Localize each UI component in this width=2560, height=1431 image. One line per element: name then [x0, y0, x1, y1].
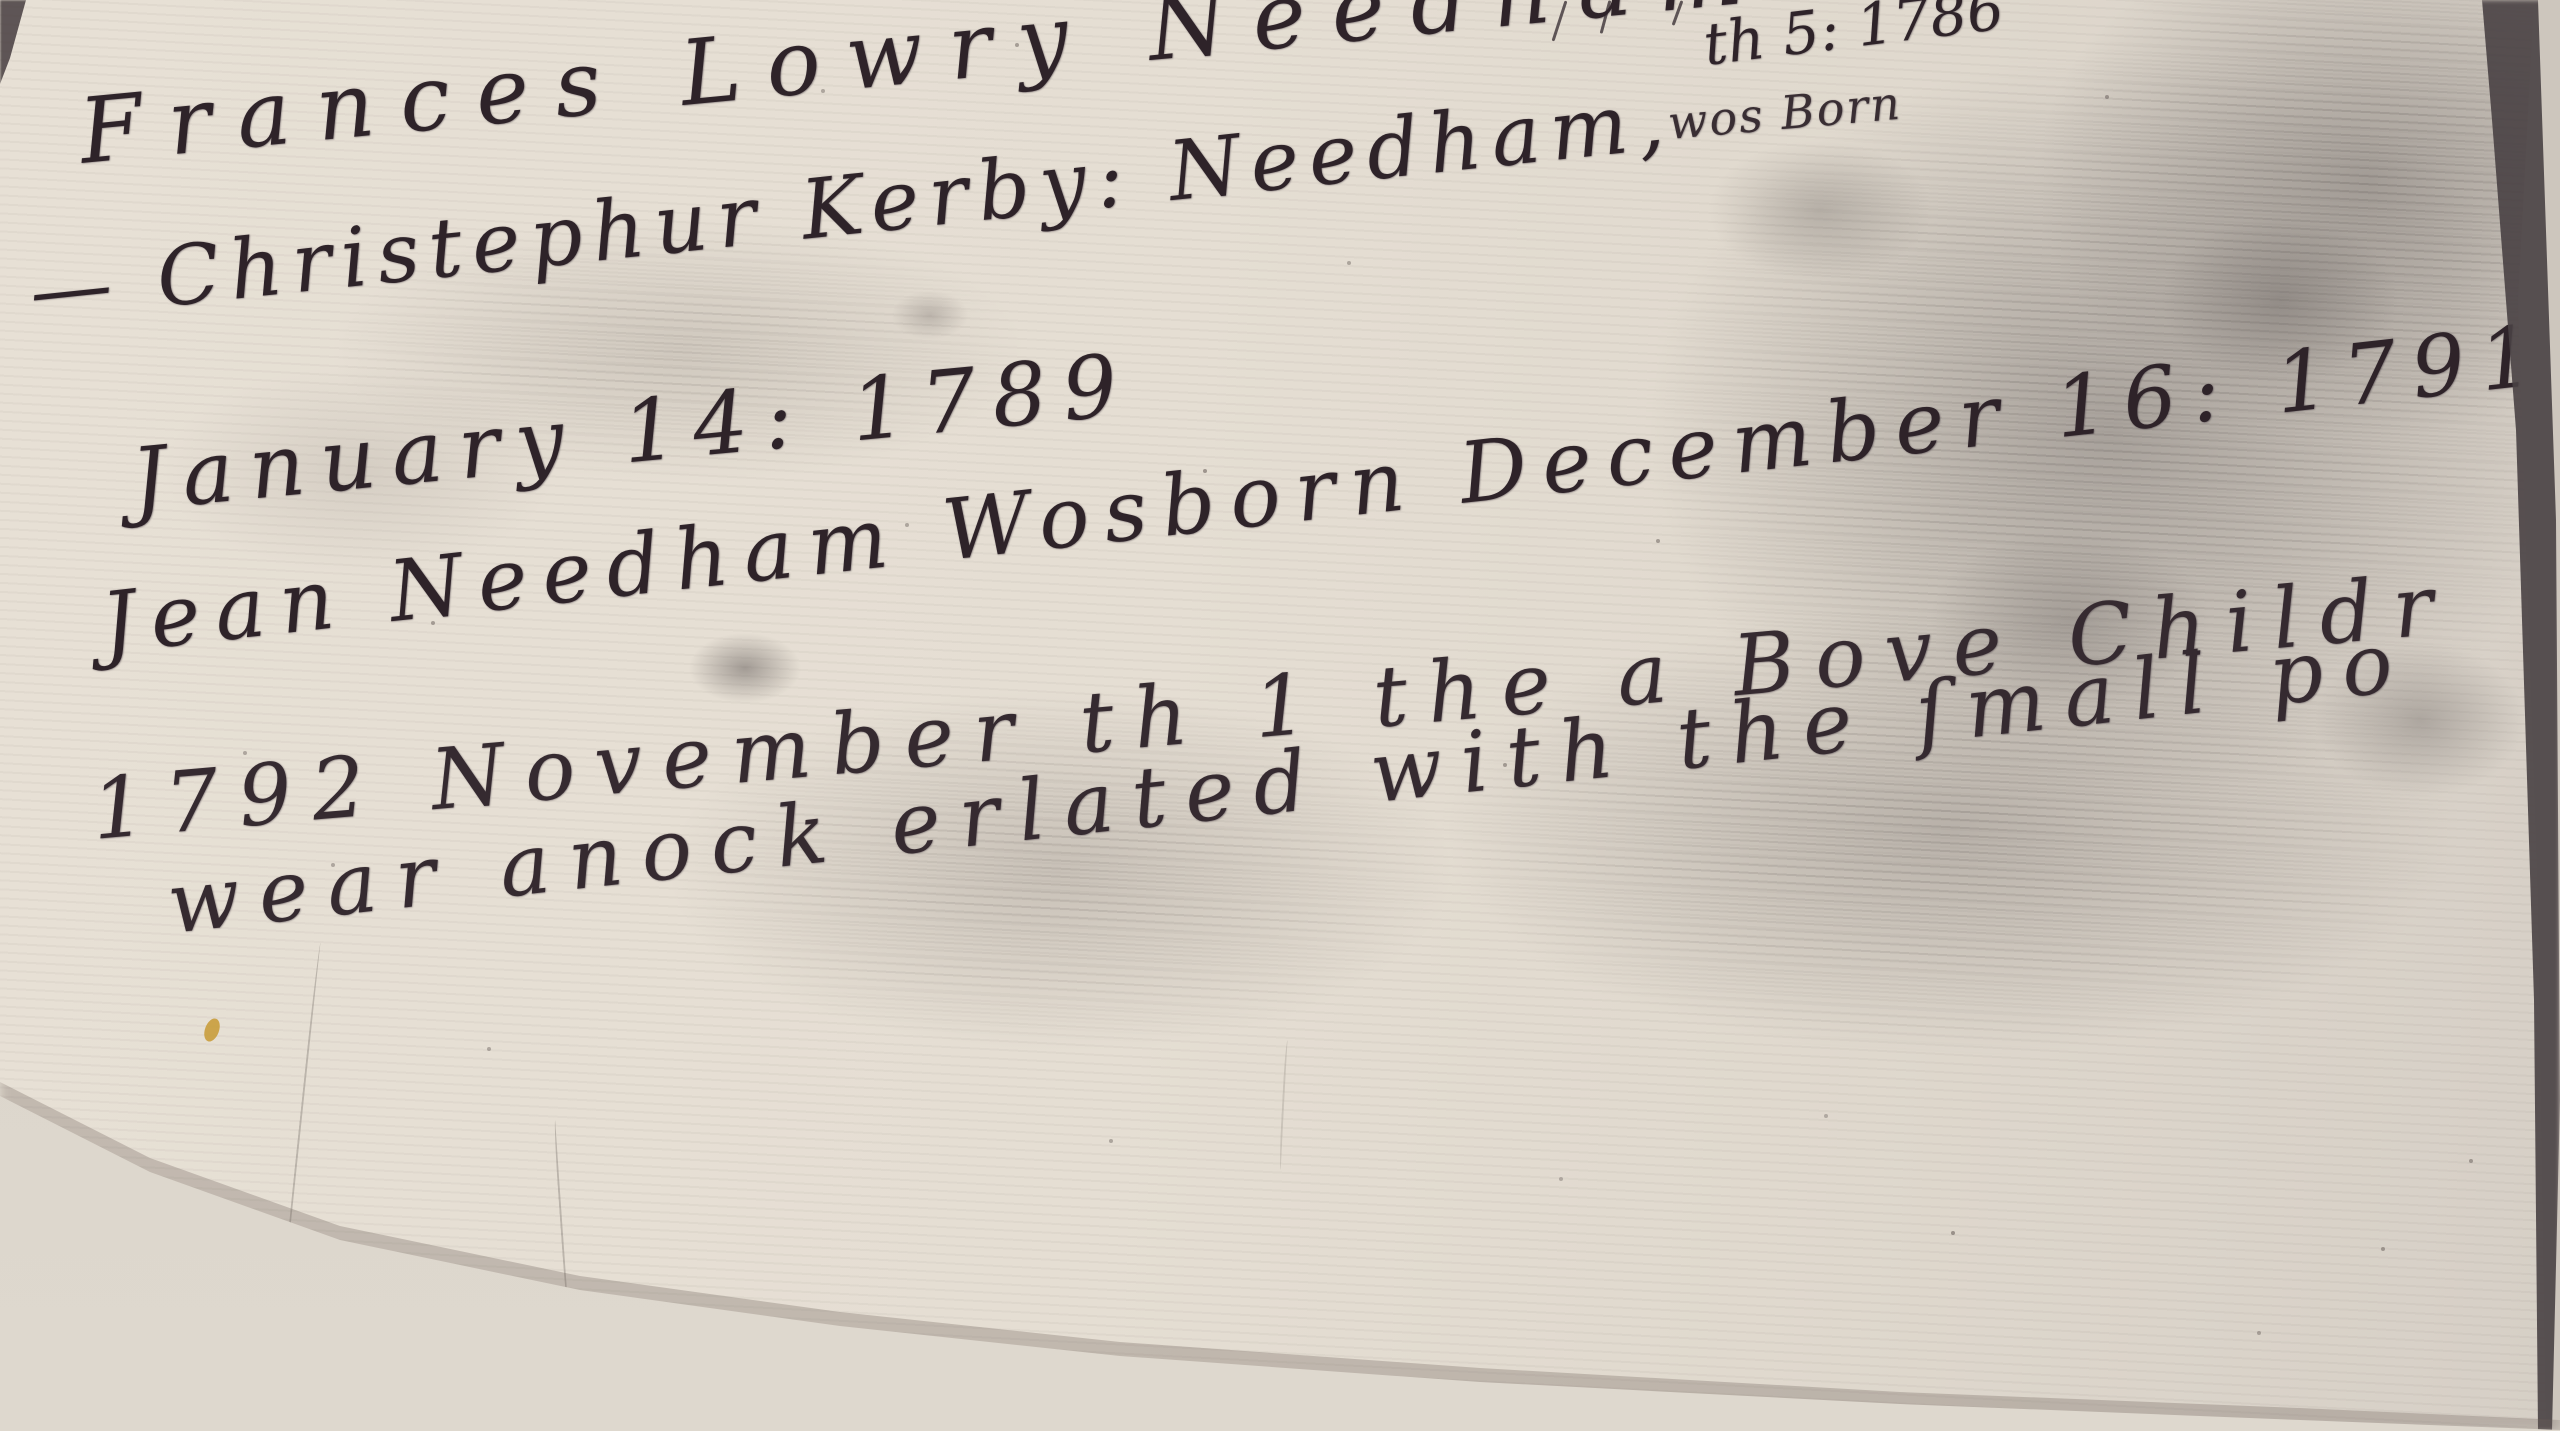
handwritten-wos-born: wos Born	[1666, 80, 1904, 146]
manuscript-page: Frances Lowry Needham th 5: 1786 — Chris…	[0, 0, 2560, 1431]
yellow-fiber-speck	[201, 1016, 222, 1043]
top-left-corner-mark	[0, 0, 30, 90]
handwritten-date-annotation: th 5: 1786	[1700, 0, 2006, 74]
paper-crease	[1279, 1040, 1291, 1170]
